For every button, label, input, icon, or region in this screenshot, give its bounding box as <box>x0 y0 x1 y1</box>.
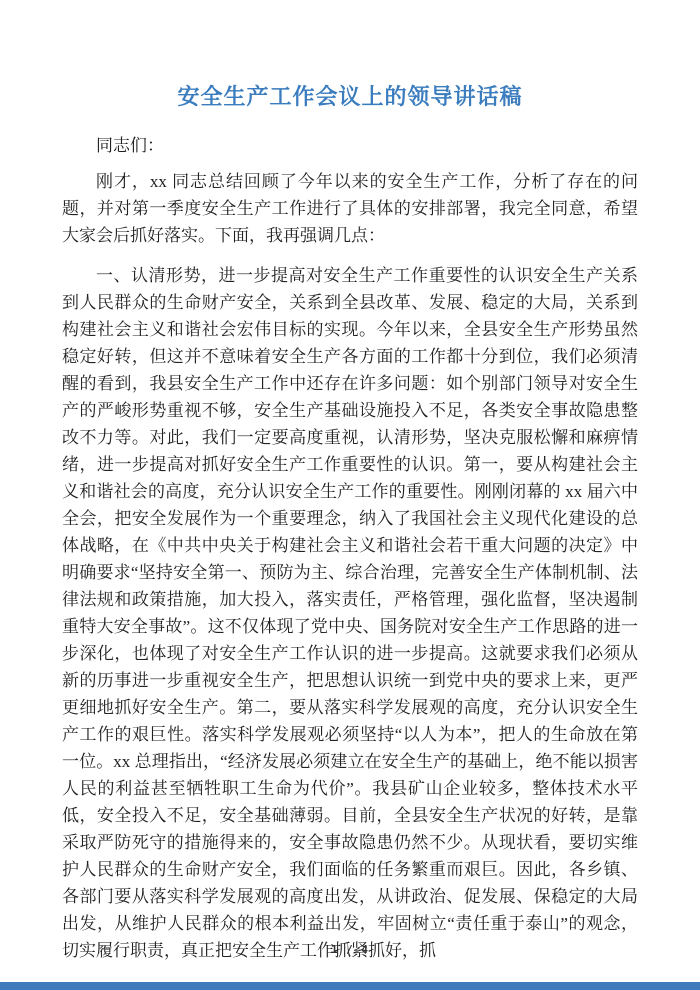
page-title: 安全生产工作会议上的领导讲话稿 <box>0 0 700 110</box>
document-page: 安全生产工作会议上的领导讲话稿 同志们： 刚才，xx 同志总结回顾了今年以来的安… <box>0 0 700 990</box>
salutation-line: 同志们： <box>62 132 638 159</box>
paragraph-main: 一、认清形势，进一步提高对安全生产工作重要性的认识安全生产关系到人民群众的生命财… <box>62 262 638 964</box>
page-number-indicator: 1 / 4 <box>0 943 700 956</box>
document-body: 同志们： 刚才，xx 同志总结回顾了今年以来的安全生产工作，分析了存在的问题，并… <box>0 132 700 964</box>
bottom-accent-bar <box>0 982 700 990</box>
paragraph-intro: 刚才，xx 同志总结回顾了今年以来的安全生产工作，分析了存在的问题，并对第一季度… <box>62 168 638 249</box>
